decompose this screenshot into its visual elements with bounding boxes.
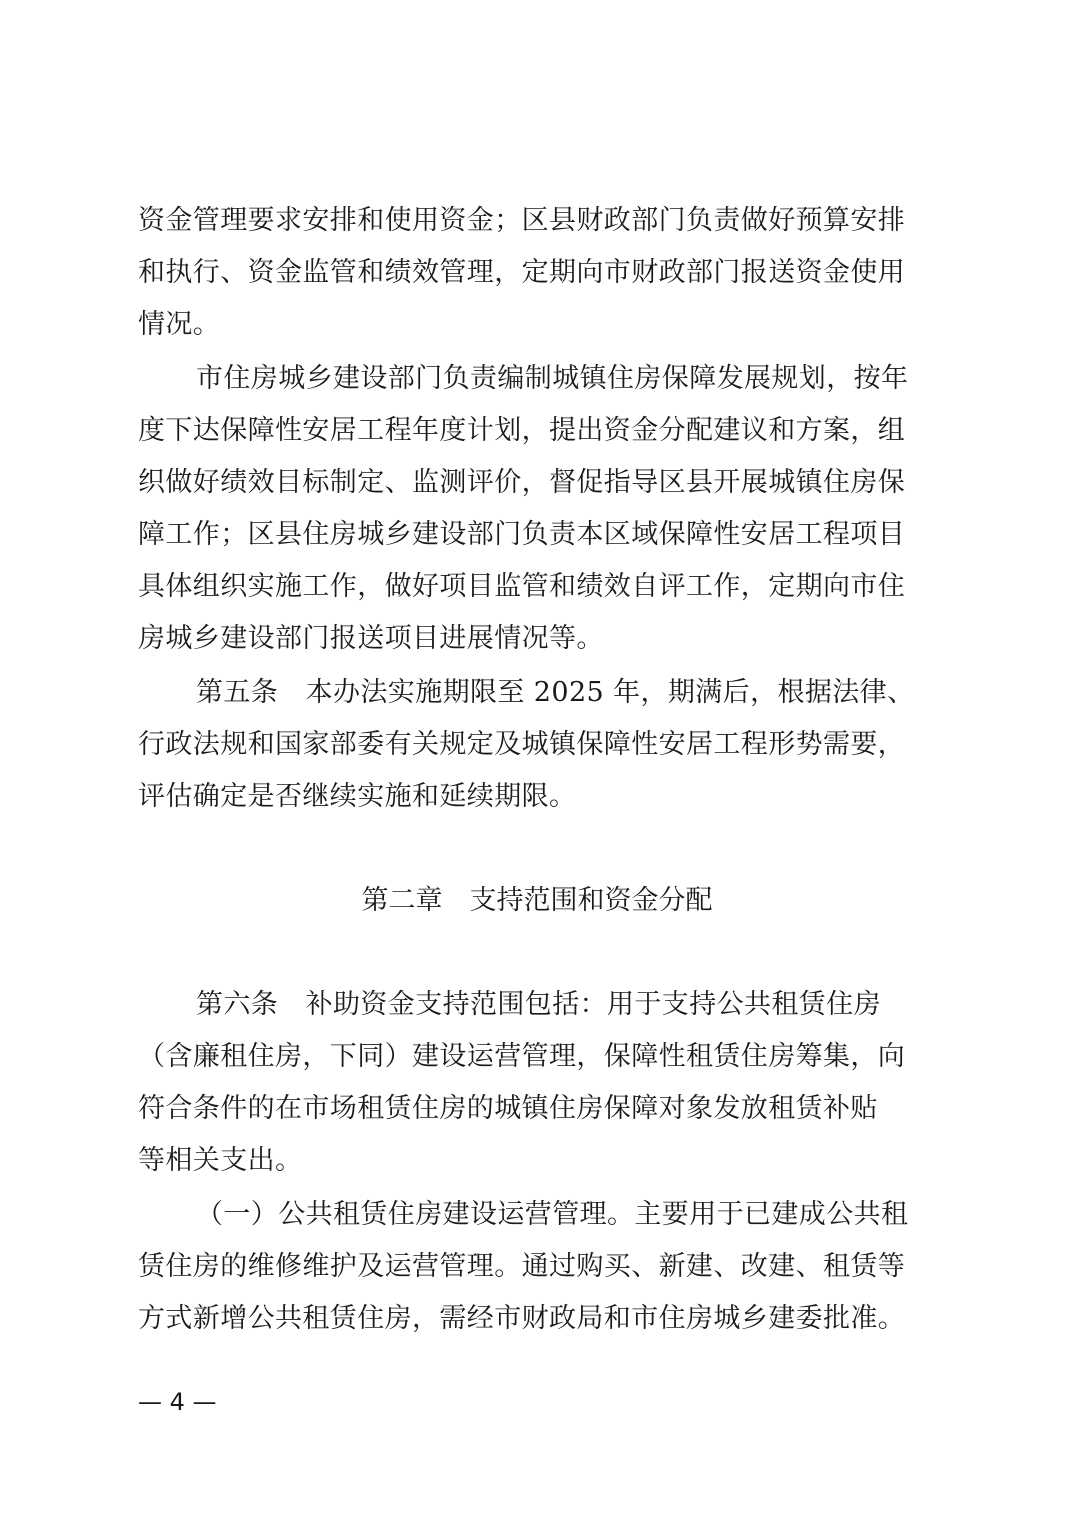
article-6-line-4: 等相关支出。 <box>138 1143 938 1179</box>
page-number: — 4 — <box>138 1387 217 1417</box>
paragraph-2-line-3: 织做好绩效目标制定、监测评价，督促指导区县开展城镇住房保 <box>138 465 938 501</box>
paragraph-1-line-3: 情况。 <box>138 307 938 343</box>
paragraph-2-line-1: 市住房城乡建设部门负责编制城镇住房保障发展规划，按年 <box>196 361 938 397</box>
article-6-line-3: 符合条件的在市场租赁住房的城镇住房保障对象发放租赁补贴 <box>138 1091 938 1127</box>
paragraph-1-line-2: 和执行、资金监管和绩效管理，定期向市财政部门报送资金使用 <box>138 255 938 291</box>
paragraph-2-line-5: 具体组织实施工作，做好项目监管和绩效自评工作，定期向市住 <box>138 569 938 605</box>
paragraph-2-line-4: 障工作；区县住房城乡建设部门负责本区域保障性安居工程项目 <box>138 517 938 553</box>
item-1-line-2: 赁住房的维修维护及运营管理。通过购买、新建、改建、租赁等 <box>138 1249 938 1285</box>
paragraph-1-line-1: 资金管理要求安排和使用资金；区县财政部门负责做好预算安排 <box>138 203 938 239</box>
article-6-line-1: 第六条 补助资金支持范围包括：用于支持公共租赁住房 <box>196 987 938 1023</box>
paragraph-2-line-6: 房城乡建设部门报送项目进展情况等。 <box>138 621 938 657</box>
chapter-heading: 第二章 支持范围和资金分配 <box>0 883 1074 919</box>
paragraph-2-line-2: 度下达保障性安居工程年度计划，提出资金分配建议和方案，组 <box>138 413 938 449</box>
document-page: 资金管理要求安排和使用资金；区县财政部门负责做好预算安排 和执行、资金监管和绩效… <box>0 0 1074 1520</box>
item-1-line-3: 方式新增公共租赁住房，需经市财政局和市住房城乡建委批准。 <box>138 1301 938 1337</box>
item-1-line-1: （一）公共租赁住房建设运营管理。主要用于已建成公共租 <box>196 1197 938 1233</box>
article-6-line-2: （含廉租住房，下同）建设运营管理，保障性租赁住房筹集，向 <box>138 1039 938 1075</box>
article-5-line-2: 行政法规和国家部委有关规定及城镇保障性安居工程形势需要， <box>138 727 938 763</box>
article-5-line-3: 评估确定是否继续实施和延续期限。 <box>138 779 938 815</box>
article-5-line-1: 第五条 本办法实施期限至 2025 年，期满后，根据法律、 <box>196 675 938 711</box>
